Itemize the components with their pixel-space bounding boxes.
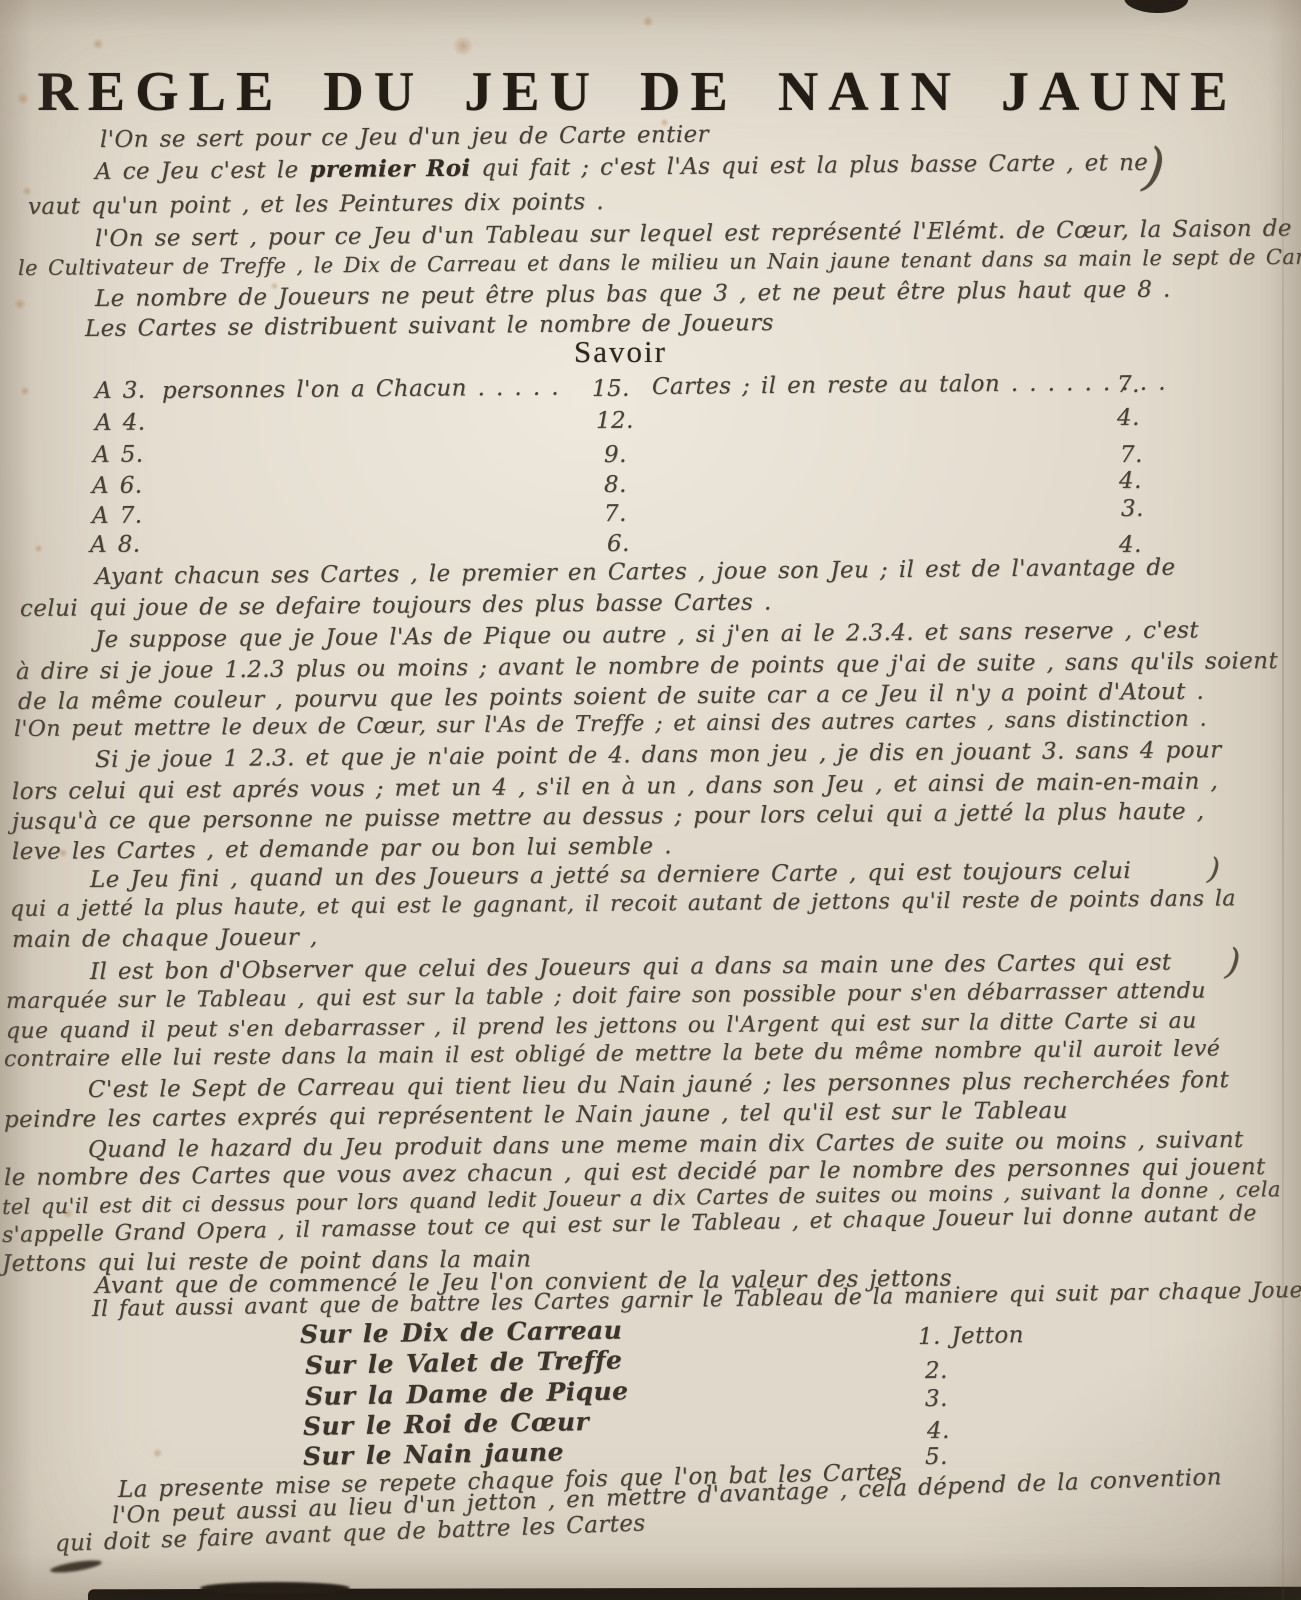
page-title: REGLE DU JEU DE NAIN JAUNE	[0, 60, 1275, 124]
manuscript-page: REGLE DU JEU DE NAIN JAUNE l'On se sert …	[0, 0, 1301, 1600]
foxing-spot	[660, 118, 669, 127]
players-cell: A 3.	[95, 380, 146, 403]
stake-label: Sur le Valet de Treffe	[305, 1347, 623, 1378]
rule-line: Si je joue 1 2.3. et que je n'aie point …	[95, 739, 1222, 772]
scoring-line-emphasis: premier Roi	[309, 155, 470, 183]
stake-label: Sur le Nain jaune	[303, 1439, 564, 1469]
players-cell: A 4.	[95, 412, 146, 435]
talon-cell: 7.	[1117, 374, 1140, 397]
scoring-line-post: qui fait ; c'est l'As qui est la plus ba…	[470, 150, 1148, 182]
foxing-spot	[22, 186, 32, 196]
cards-cell: 15.	[592, 378, 630, 401]
stake-value: 1. Jetton	[918, 1324, 1024, 1349]
foxing-spot	[20, 386, 30, 396]
talon-cell: 4.	[1119, 470, 1142, 493]
foxing-spot	[270, 282, 279, 290]
foxing-spot	[452, 36, 474, 56]
stake-value: 2.	[925, 1360, 948, 1383]
talon-cell: 3.	[1121, 498, 1144, 521]
talon-cell: 7.	[1120, 444, 1143, 467]
players-count-line: Le nombre de Joueurs ne peut être plus b…	[95, 279, 1171, 311]
stake-value: 4.	[927, 1420, 950, 1443]
cards-cell: 6.	[607, 533, 630, 556]
rule-line: contraire elle lui reste dans la main il…	[4, 1038, 1220, 1071]
cards-cell: 12.	[596, 410, 634, 433]
rule-line: lors celui qui est aprés vous ; met un 4…	[12, 770, 1218, 804]
foxing-spot	[34, 544, 43, 553]
foxing-spot	[152, 1448, 163, 1458]
foxing-spot	[58, 848, 68, 858]
talon-cell: 4.	[1117, 407, 1140, 430]
cards-cell: 9.	[604, 444, 627, 467]
stake-label: Sur la Dame de Pique	[305, 1378, 629, 1409]
players-label-cell: personnes l'on a Chacun . . . . .	[162, 377, 559, 403]
stake-value: 3.	[925, 1388, 948, 1411]
stake-label: Sur le Dix de Carreau	[300, 1318, 623, 1347]
foxing-spot	[642, 16, 654, 27]
players-cell: A 7.	[92, 505, 143, 528]
foxing-spot	[92, 38, 104, 50]
players-cell: A 6.	[92, 475, 143, 498]
foxing-spot	[14, 298, 26, 310]
scan-dark-band-bottom	[88, 1587, 1301, 1600]
ink-flourish: )	[1206, 851, 1221, 887]
scoring-line-2: vaut qu'un point , et les Peintures dix …	[28, 191, 604, 219]
rule-line: Il est bon d'Observer que celui des Joue…	[90, 952, 1172, 984]
savoir-heading: Savoir	[0, 334, 1241, 370]
ink-flourish: )	[1224, 941, 1242, 983]
talon-label-cell: Cartes ; il en reste au talon . . . . . …	[652, 372, 1166, 399]
ink-smudge-bottom-left	[50, 1558, 103, 1575]
tableau-line-2: le Cultivateur de Treffe , le Dix de Car…	[18, 246, 1301, 279]
rule-line: leve les Cartes , et demande par ou bon …	[12, 835, 672, 864]
scan-dark-mark-top-right	[1124, 0, 1188, 14]
scan-dark-blob-bottom	[200, 1582, 350, 1594]
cards-cell: 7.	[604, 503, 627, 526]
rule-line: marquée sur le Tableau , qui est sur la …	[6, 981, 1206, 1013]
stake-label: Sur le Roi de Cœur	[303, 1409, 590, 1439]
rule-line: Le Jeu fini , quand un des Joueurs a jet…	[90, 860, 1131, 892]
stake-value: 5.	[925, 1446, 948, 1469]
cards-cell: 8.	[604, 474, 627, 497]
ink-flourish: )	[1140, 137, 1167, 199]
rule-line: Je suppose que je Joue l'As de Pique ou …	[95, 619, 1199, 652]
scoring-line-pre: A ce Jeu c'est le	[95, 157, 310, 185]
rule-line: jusqu'à ce que personne ne puisse mettre…	[12, 801, 1205, 834]
rule-line: celui qui joue de se defaire toujours de…	[20, 591, 772, 621]
intro-line: l'On se sert pour ce Jeu d'un jeu de Car…	[100, 124, 709, 152]
rule-line: main de chaque Joueur ,	[12, 926, 318, 952]
scoring-line: A ce Jeu c'est le premier Roi qui fait ;…	[95, 151, 1148, 184]
foxing-spot	[16, 92, 30, 105]
talon-cell: 4.	[1119, 534, 1142, 557]
rule-line: Ayant chacun ses Cartes , le premier en …	[95, 557, 1176, 589]
foxing-spot	[62, 1208, 74, 1219]
players-cell: A 8.	[90, 534, 141, 557]
rule-line: qui a jetté la plus haute, et qui est le…	[10, 888, 1236, 921]
rule-line: peindre les cartes exprés qui représente…	[4, 1100, 1068, 1132]
players-cell: A 5.	[93, 444, 144, 467]
